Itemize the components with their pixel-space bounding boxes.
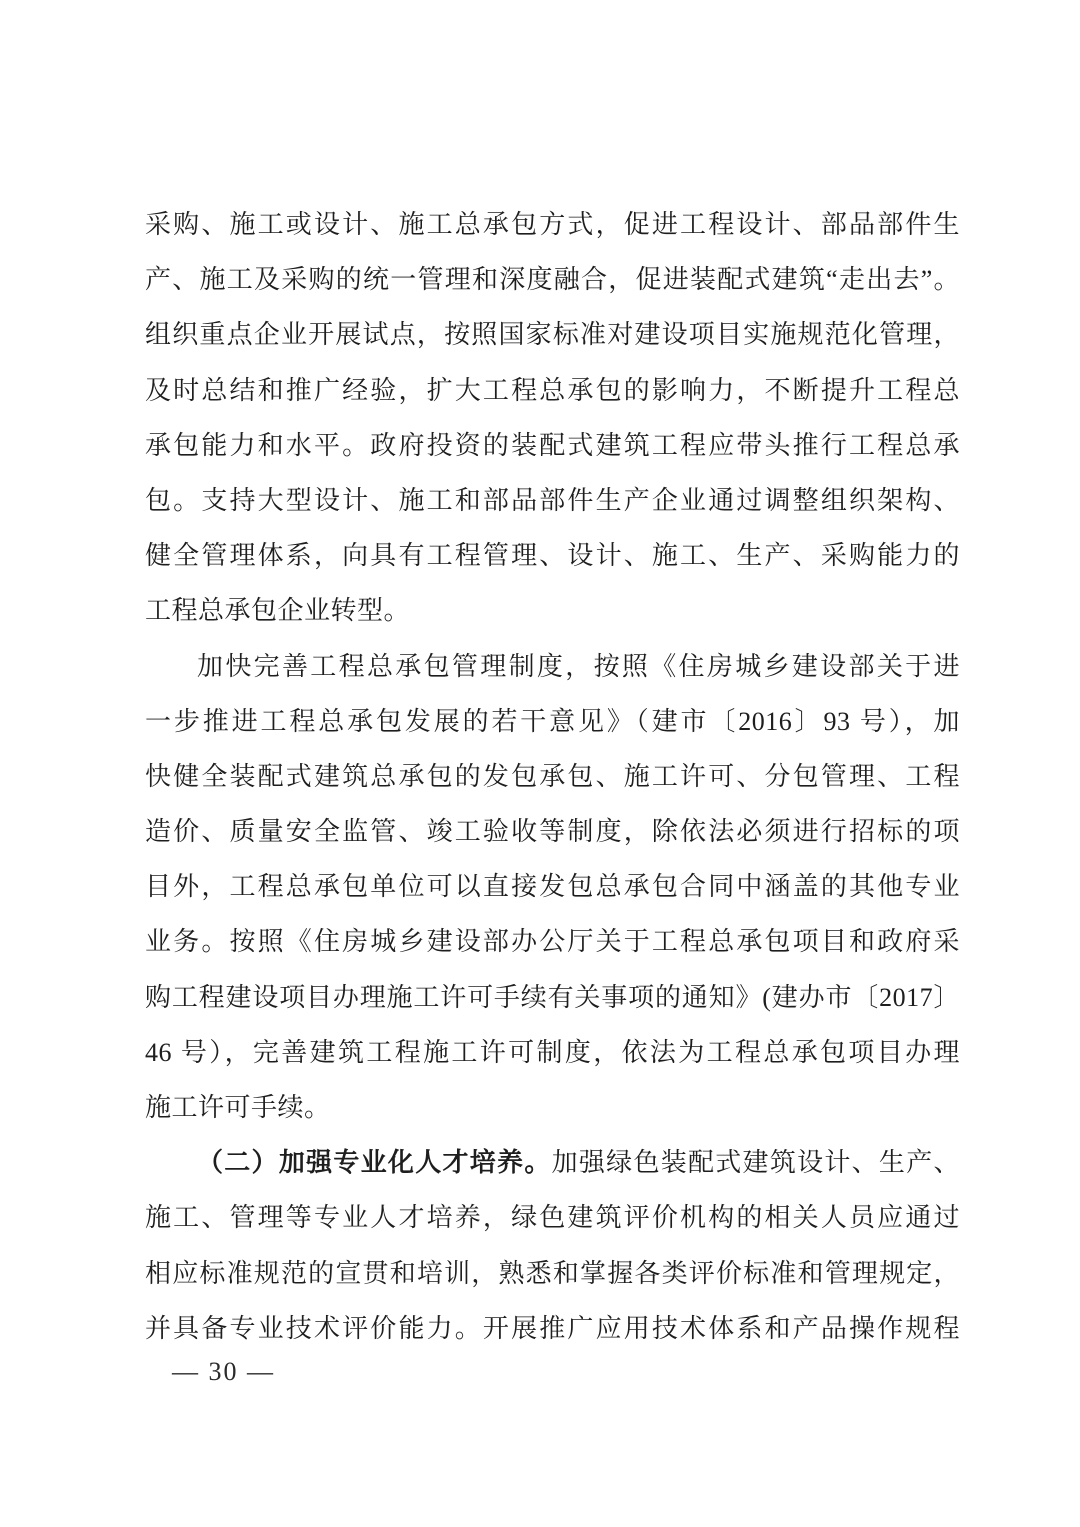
text-segment: 施工、管理等专业人才培养，绿色建筑评价机构的相关人员应通过 [145,1203,960,1232]
text-line: 承包能力和水平。政府投资的装配式建筑工程应带头推行工程总承 [145,418,960,473]
text-line: 业务。按照《住房城乡建设部办公厅关于工程总承包项目和政府采 [145,914,960,969]
text-line: 加快完善工程总承包管理制度，按照《住房城乡建设部关于进 [145,639,960,694]
text-line: 相应标准规范的宣贯和培训，熟悉和掌握各类评价标准和管理规定， [145,1246,960,1301]
text-line: 46 号），完善建筑工程施工许可制度，依法为工程总承包项目办理 [145,1025,960,1080]
text-segment: 加强绿色装配式建筑设计、生产、 [552,1148,960,1177]
paragraph-contracting-system: 加快完善工程总承包管理制度，按照《住房城乡建设部关于进一步推进工程总承包发展的若… [145,639,960,1136]
text-segment: 造价、质量安全监管、竣工验收等制度，除依法必须进行招标的项 [145,817,960,846]
text-line: 购工程建设项目办理施工许可手续有关事项的通知》(建办市〔2017〕 [145,970,960,1025]
paragraph-talent-cultivation: （二）加强专业化人才培养。加强绿色装配式建筑设计、生产、施工、管理等专业人才培养… [145,1135,960,1356]
text-line: 及时总结和推广经验，扩大工程总承包的影响力，不断提升工程总 [145,363,960,418]
text-line: 包。支持大型设计、施工和部品部件生产企业通过调整组织架构、 [145,473,960,528]
text-line: 组织重点企业开展试点，按照国家标准对建设项目实施规范化管理， [145,307,960,362]
text-line: （二）加强专业化人才培养。加强绿色装配式建筑设计、生产、 [145,1135,960,1190]
text-segment: 46 号），完善建筑工程施工许可制度，依法为工程总承包项目办理 [145,1038,960,1067]
text-segment: 一步推进工程总承包发展的若干意见》（建市〔2016〕93 号），加 [145,707,960,736]
text-segment: 相应标准规范的宣贯和培训，熟悉和掌握各类评价标准和管理规定， [145,1259,960,1288]
text-segment: 组织重点企业开展试点，按照国家标准对建设项目实施规范化管理， [145,320,960,349]
text-segment: 快健全装配式建筑总承包的发包承包、施工许可、分包管理、工程 [145,762,960,791]
document-page: 采购、施工或设计、施工总承包方式，促进工程设计、部品部件生产、施工及采购的统一管… [0,0,1080,1527]
document-body: 采购、施工或设计、施工总承包方式，促进工程设计、部品部件生产、施工及采购的统一管… [145,197,960,1356]
text-segment: 施工许可手续。 [145,1093,331,1122]
text-line: 工程总承包企业转型。 [145,583,960,638]
text-line: 健全管理体系，向具有工程管理、设计、施工、生产、采购能力的 [145,528,960,583]
text-line: 施工许可手续。 [145,1080,960,1135]
text-segment: 工程总承包企业转型。 [145,596,410,625]
text-line: 产、施工及采购的统一管理和深度融合，促进装配式建筑“走出去”。 [145,252,960,307]
text-segment: 包。支持大型设计、施工和部品部件生产企业通过调整组织架构、 [145,486,960,515]
paragraph-continued-from-previous-page: 采购、施工或设计、施工总承包方式，促进工程设计、部品部件生产、施工及采购的统一管… [145,197,960,639]
text-segment: 产、施工及采购的统一管理和深度融合，促进装配式建筑“走出去”。 [145,265,960,294]
text-line: 快健全装配式建筑总承包的发包承包、施工许可、分包管理、工程 [145,749,960,804]
text-segment: 承包能力和水平。政府投资的装配式建筑工程应带头推行工程总承 [145,431,960,460]
text-line: 造价、质量安全监管、竣工验收等制度，除依法必须进行招标的项 [145,804,960,859]
text-segment: 加快完善工程总承包管理制度，按照《住房城乡建设部关于进 [197,652,960,681]
page-number-label: — 30 — [172,1352,275,1392]
text-line: 一步推进工程总承包发展的若干意见》（建市〔2016〕93 号），加 [145,694,960,749]
text-segment: 及时总结和推广经验，扩大工程总承包的影响力，不断提升工程总 [145,376,960,405]
section-heading: （二）加强专业化人才培养。 [197,1148,552,1177]
text-segment: 并具备专业技术评价能力。开展推广应用技术体系和产品操作规程 [145,1314,960,1343]
text-segment: 购工程建设项目办理施工许可手续有关事项的通知》(建办市〔2017〕 [145,983,960,1012]
text-line: 施工、管理等专业人才培养，绿色建筑评价机构的相关人员应通过 [145,1190,960,1245]
text-segment: 健全管理体系，向具有工程管理、设计、施工、生产、采购能力的 [145,541,960,570]
text-segment: 采购、施工或设计、施工总承包方式，促进工程设计、部品部件生 [145,210,960,239]
text-line: 采购、施工或设计、施工总承包方式，促进工程设计、部品部件生 [145,197,960,252]
text-line: 并具备专业技术评价能力。开展推广应用技术体系和产品操作规程 [145,1301,960,1356]
text-segment: 目外，工程总承包单位可以直接发包总承包合同中涵盖的其他专业 [145,872,960,901]
text-line: 目外，工程总承包单位可以直接发包总承包合同中涵盖的其他专业 [145,859,960,914]
text-segment: 业务。按照《住房城乡建设部办公厅关于工程总承包项目和政府采 [145,927,960,956]
